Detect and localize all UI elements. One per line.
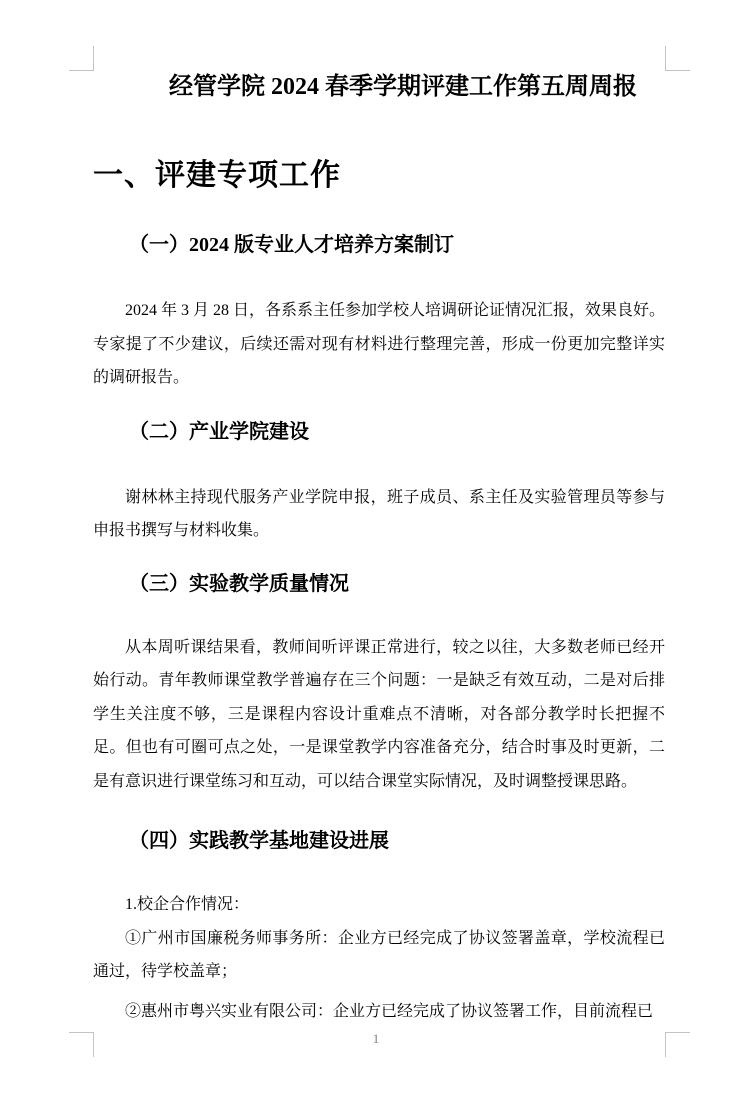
heading-section-1-training-plan: （一）2024 版专业人才培养方案制订	[93, 230, 665, 260]
paragraph-section-4-item-1: ①广州市国廉税务师事务所：企业方已经完成了协议签署盖章，学校流程已通过，待学校盖…	[93, 922, 665, 989]
paragraph-section-4-item-2: ②惠州市粤兴实业有限公司：企业方已经完成了协议签署工作，目前流程已	[93, 995, 665, 1029]
text-boundary-mark-top-left	[69, 46, 94, 71]
heading-section-2-industry-college: （二）产业学院建设	[93, 417, 665, 447]
document-page: 经管学院 2024 春季学期评建工作第五周周报 一、评建专项工作 （一）2024…	[0, 0, 752, 1102]
document-body: 经管学院 2024 春季学期评建工作第五周周报 一、评建专项工作 （一）2024…	[93, 70, 665, 1028]
page-number: 1	[0, 1031, 752, 1047]
paragraph-section-1: 2024 年 3 月 28 日，各系系主任参加学校人培调研论证情况汇报，效果良好…	[93, 294, 665, 395]
paragraph-section-2: 谢林林主持现代服务产业学院申报，班子成员、系主任及实验管理员等参与申报书撰写与材…	[93, 481, 665, 548]
document-title: 经管学院 2024 春季学期评建工作第五周周报	[93, 70, 665, 104]
text-boundary-mark-top-right	[665, 46, 690, 71]
heading-section-3-lab-teaching-quality: （三）实验教学质量情况	[93, 569, 665, 599]
paragraph-section-3: 从本周听课结果看，教师间听评课正常进行，较之以往，大多数老师已经开始行动。青年教…	[93, 631, 665, 799]
paragraph-section-4-item-intro: 1.校企合作情况：	[93, 888, 665, 922]
heading-section-4-practice-base-progress: （四）实践教学基地建设进展	[93, 826, 665, 856]
heading-level1-pingjian-work: 一、评建专项工作	[93, 156, 665, 196]
